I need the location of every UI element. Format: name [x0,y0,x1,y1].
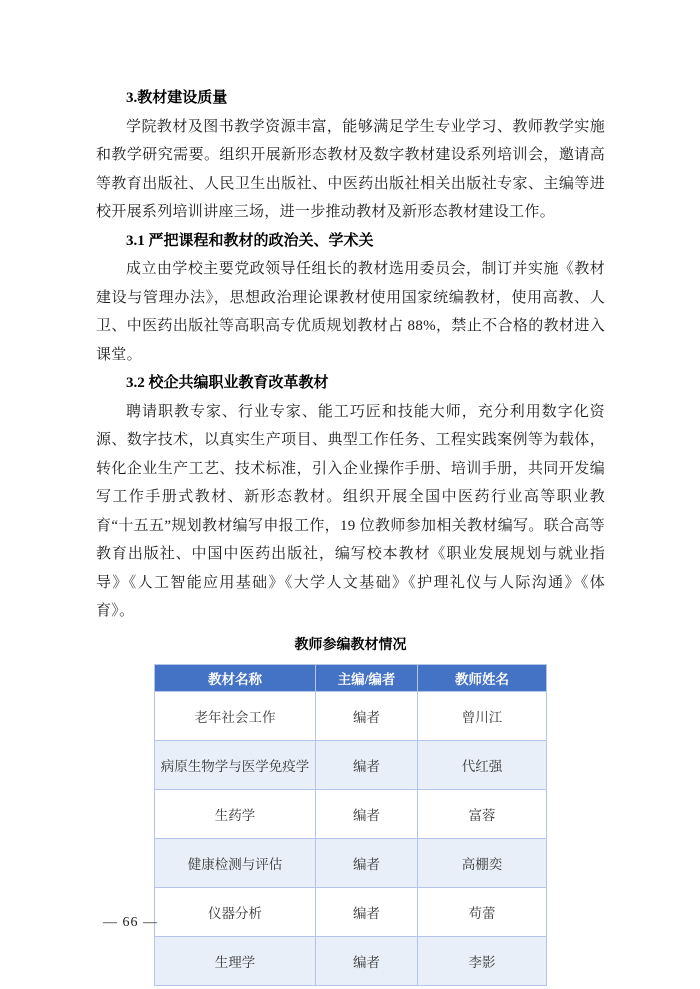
table-cell-material: 老年社会工作 [155,691,316,740]
table-cell-material: 生理学 [155,936,316,985]
table-cell-role: 编者 [316,691,418,740]
table-cell-role: 编者 [316,887,418,936]
table-row: 生理学 编者 李影 [155,936,547,985]
table-row: 老年社会工作 编者 曾川江 [155,691,547,740]
table-cell-role: 编者 [316,838,418,887]
document-page: 3.教材建设质量 学院教材及图书教学资源丰富，能够满足学生专业学习、教师教学实施… [0,0,700,989]
section-3-2-heading: 3.2 校企共编职业教育改革教材 [96,369,605,398]
table-row: 健康检测与评估 编者 高棚奕 [155,838,547,887]
column-header-editor-role: 主编/编者 [316,664,418,691]
table-row: 仪器分析 编者 苟蕾 [155,887,547,936]
section-3-1-paragraph: 成立由学校主要党政领导任组长的教材选用委员会，制订并实施《教材建设与管理办法》，… [96,255,605,369]
section-3-heading: 3.教材建设质量 [96,84,605,113]
table-cell-material: 仪器分析 [155,887,316,936]
table-cell-teacher: 李影 [418,936,547,985]
section-3-2-paragraph: 聘请职教专家、行业专家、能工巧匠和技能大师，充分利用数字化资源、数字技术，以真实… [96,398,605,626]
page-number: — 66 — [103,915,158,931]
table-cell-material: 生药学 [155,789,316,838]
section-3-1-heading: 3.1 严把课程和教材的政治关、学术关 [96,227,605,256]
table-title: 教师参编教材情况 [96,635,605,657]
table-cell-teacher: 富蓉 [418,789,547,838]
table-cell-teacher: 高棚奕 [418,838,547,887]
table-header-row: 教材名称 主编/编者 教师姓名 [155,664,547,691]
table-cell-material: 病原生物学与医学免疫学 [155,740,316,789]
table-cell-role: 编者 [316,936,418,985]
column-header-teacher-name: 教师姓名 [418,664,547,691]
table-cell-teacher: 苟蕾 [418,887,547,936]
column-header-material-name: 教材名称 [155,664,316,691]
table-cell-material: 健康检测与评估 [155,838,316,887]
table-row: 生药学 编者 富蓉 [155,789,547,838]
table-row: 病原生物学与医学免疫学 编者 代红强 [155,740,547,789]
table-cell-teacher: 代红强 [418,740,547,789]
table-cell-role: 编者 [316,789,418,838]
document-content: 3.教材建设质量 学院教材及图书教学资源丰富，能够满足学生专业学习、教师教学实施… [96,84,605,986]
teacher-materials-table: 教材名称 主编/编者 教师姓名 老年社会工作 编者 曾川江 病原生物学与医学免疫… [154,664,547,986]
table-cell-role: 编者 [316,740,418,789]
section-3-paragraph: 学院教材及图书教学资源丰富，能够满足学生专业学习、教师教学实施和教学研究需要。组… [96,113,605,227]
table-cell-teacher: 曾川江 [418,691,547,740]
